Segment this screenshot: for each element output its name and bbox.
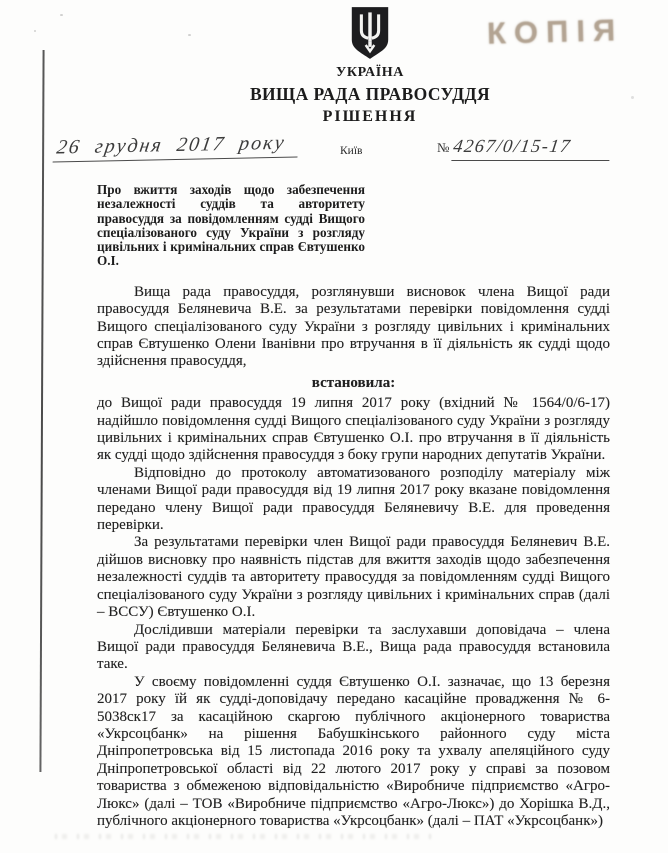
body-paragraph: У своєму повідомленні суддя Євтушенко О.… xyxy=(97,674,610,831)
subject-paragraph: Про вжиття заходів щодо забезпечення нез… xyxy=(97,183,365,269)
scan-speck xyxy=(188,34,191,36)
scan-bleedthrough-artifact xyxy=(55,834,435,839)
coat-of-arms-icon xyxy=(347,6,393,60)
document-type-title: РІШЕННЯ xyxy=(114,108,626,126)
scan-speck xyxy=(631,96,634,99)
country-title: УКРАЇНА xyxy=(114,65,626,81)
copy-stamp: КОПІЯ xyxy=(487,14,624,49)
number-sign: № xyxy=(437,140,449,155)
body-paragraph: Відповідно до протоколу автоматизованого… xyxy=(97,465,610,535)
handwritten-document-number: 4267/0/15-17 xyxy=(452,137,613,161)
resolution-word: встановила: xyxy=(97,375,610,392)
intro-paragraph: Вища рада правосуддя, розглянувши виснов… xyxy=(97,284,610,371)
handwritten-date: 26 грудня 2017 року xyxy=(53,131,302,162)
document-page: КОПІЯ УКРАЇНА ВИЩА РАДА ПРАВОСУДДЯ РІШЕН… xyxy=(0,0,668,853)
organization-title: ВИЩА РАДА ПРАВОСУДДЯ xyxy=(114,84,626,105)
scan-speck xyxy=(60,14,63,16)
document-number-line: №4267/0/15-17 xyxy=(437,137,611,161)
date-number-row: 26 грудня 2017 року Київ №4267/0/15-17 xyxy=(0,133,668,171)
body-paragraph: до Вищої ради правосуддя 19 липня 2017 р… xyxy=(97,395,610,465)
scan-speck xyxy=(34,30,36,32)
body-paragraph: Дослідивши матеріали перевірки та заслух… xyxy=(97,622,610,674)
document-body: Вища рада правосуддя, розглянувши виснов… xyxy=(97,284,610,831)
city-label: Київ xyxy=(340,145,362,157)
body-paragraph: За результатами перевірки член Вищої рад… xyxy=(97,534,610,621)
